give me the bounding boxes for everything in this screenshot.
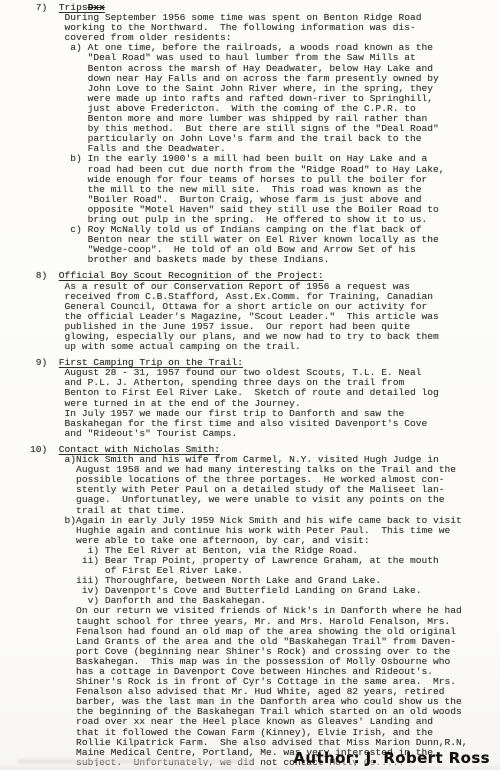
section-8: 8) Official Boy Scout Recognition of the… bbox=[30, 271, 500, 352]
scanned-document-page: 7) TripsDxx During September 1956 some t… bbox=[0, 0, 500, 770]
section-number: 8) bbox=[30, 270, 47, 281]
text-line: up with some actual camping on the trail… bbox=[30, 342, 500, 352]
section-title: Official Boy Scout Recognition of the Pr… bbox=[59, 270, 324, 281]
author-credit: Author: J. Robert Ross bbox=[293, 749, 490, 767]
text-line: brother and baskets made by these Indian… bbox=[30, 255, 500, 265]
section-9: 9) First Camping Trip on the Trail: Augu… bbox=[30, 358, 500, 439]
section-10: 10) Contact with Nicholas Smith: a)Nick … bbox=[30, 445, 500, 768]
text-line: b) In the early 1900's a mill had been b… bbox=[30, 154, 500, 164]
scan-smudge-artifact bbox=[18, 759, 253, 764]
heading-gap bbox=[47, 270, 59, 281]
section-7: 7) TripsDxx During September 1956 some t… bbox=[30, 3, 500, 265]
document-body: 7) TripsDxx During September 1956 some t… bbox=[30, 3, 500, 768]
text-line: guage. Unfortunatley, we were unable to … bbox=[30, 495, 500, 505]
text-line: and "Rideout's" Tourist Camps. bbox=[30, 429, 500, 439]
